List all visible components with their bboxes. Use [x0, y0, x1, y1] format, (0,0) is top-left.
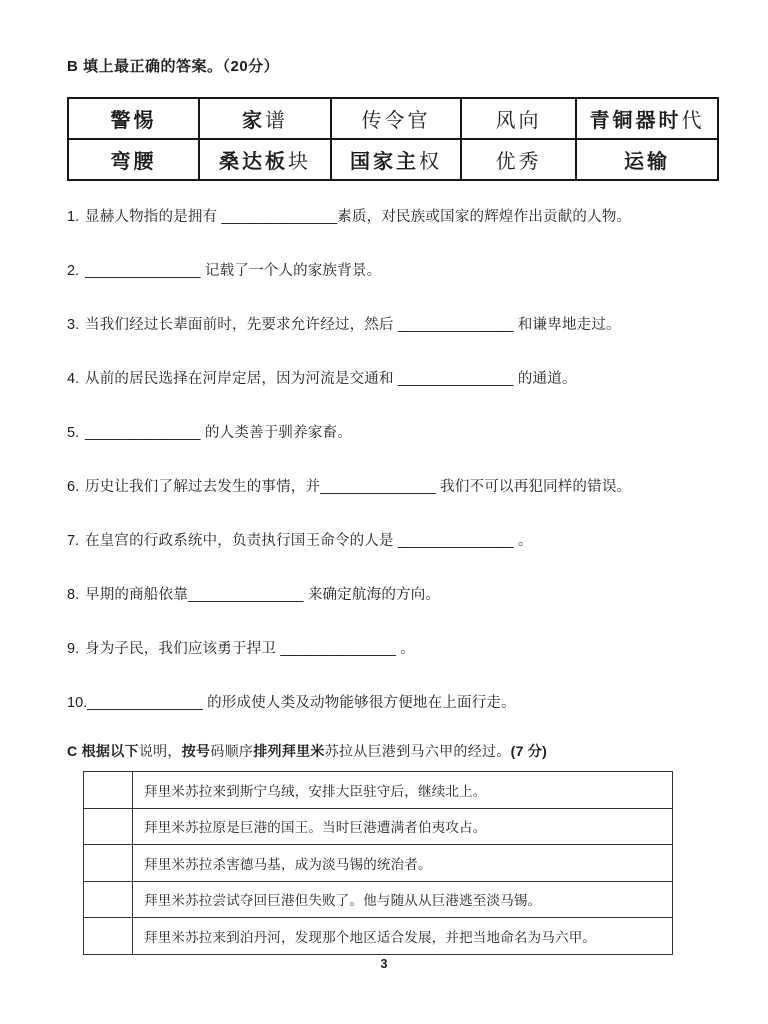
page-number: 3: [0, 957, 768, 971]
question-number: 7.: [67, 532, 85, 551]
word-bank-cell: 风向: [461, 98, 576, 139]
question-item-3: 3.当我们经过长辈面前时，先要求允许经过，然后 ______________ 和…: [67, 316, 727, 335]
word-bank-table: 警惕 家谱 传令官 风向 青铜器时代 弯腰 桑达板块 国家主权 优秀 运输: [67, 97, 719, 181]
answer-number-cell: [84, 808, 133, 845]
section-c-heading: C 根据以下说明，按号码顺序排列拜里米苏拉从巨港到马六甲的经过。(7 分): [67, 741, 547, 761]
statement-cell: 拜里米苏拉原是巨港的国王。当时巨港遭满者伯夷攻占。: [133, 808, 673, 845]
word-bank-cell: 运输: [576, 139, 718, 180]
document-page: B 填上最正确的答案。（20分） 警惕 家谱 传令官 风向 青铜器时代 弯腰 桑…: [0, 0, 768, 1024]
sequence-row: 拜里米苏拉尝试夺回巨港但失败了。他与随从从巨港逃至淡马锡。: [84, 881, 673, 918]
sequence-row: 拜里米苏拉来到斯宁乌绒，安排大臣驻守后，继续北上。: [84, 772, 673, 809]
question-text: ______________ 记载了一个人的家族背景。: [85, 263, 381, 279]
question-number: 5.: [67, 424, 85, 443]
answer-number-cell: [84, 845, 133, 882]
answer-number-cell: [84, 772, 133, 809]
statement-cell: 拜里米苏拉来到斯宁乌绒，安排大臣驻守后，继续北上。: [133, 772, 673, 809]
question-text: 历史让我们了解过去发生的事情，并______________ 我们不可以再犯同样…: [85, 479, 631, 495]
question-number: 3.: [67, 316, 85, 335]
question-text: 早期的商船依靠______________ 来确定航海的方向。: [85, 587, 440, 603]
question-number: 2.: [67, 262, 85, 281]
question-text: ______________ 的形成使人类及动物能够很方便地在上面行走。: [87, 695, 516, 711]
word-bank-cell: 桑达板块: [199, 139, 331, 180]
question-text: 显赫人物指的是拥有 ______________素质，对民族或国家的辉煌作出贡献…: [85, 209, 631, 225]
question-number: 9.: [67, 640, 85, 659]
sequence-row: 拜里米苏拉原是巨港的国王。当时巨港遭满者伯夷攻占。: [84, 808, 673, 845]
question-text: 身为子民，我们应该勇于捍卫 ______________ 。: [85, 641, 415, 657]
word-bank-cell: 国家主权: [331, 139, 461, 180]
question-item-9: 9.身为子民，我们应该勇于捍卫 ______________ 。: [67, 640, 727, 659]
word-bank-cell: 传令官: [331, 98, 461, 139]
word-bank-cell: 弯腰: [68, 139, 199, 180]
question-text: ______________ 的人类善于驯养家畜。: [85, 425, 352, 441]
word-bank-cell: 警惕: [68, 98, 199, 139]
question-item-5: 5.______________ 的人类善于驯养家畜。: [67, 424, 727, 443]
sequence-row: 拜里米苏拉杀害德马基，成为淡马锡的统治者。: [84, 845, 673, 882]
question-item-2: 2.______________ 记载了一个人的家族背景。: [67, 262, 727, 281]
question-number: 4.: [67, 370, 85, 389]
question-number: 1.: [67, 208, 85, 227]
questions-list: 1.显赫人物指的是拥有 ______________素质，对民族或国家的辉煌作出…: [67, 208, 727, 748]
answer-number-cell: [84, 881, 133, 918]
section-b-heading: B 填上最正确的答案。（20分）: [67, 55, 279, 76]
word-bank-cell: 青铜器时代: [576, 98, 718, 139]
word-bank-cell: 优秀: [461, 139, 576, 180]
question-item-4: 4.从前的居民选择在河岸定居，因为河流是交通和 ______________ 的…: [67, 370, 727, 389]
question-text: 在皇宫的行政系统中，负责执行国王命令的人是 ______________ 。: [85, 533, 533, 549]
question-number: 10.: [67, 694, 87, 713]
statement-cell: 拜里米苏拉杀害德马基，成为淡马锡的统治者。: [133, 845, 673, 882]
statement-cell: 拜里米苏拉来到泊丹河，发现那个地区适合发展，并把当地命名为马六甲。: [133, 918, 673, 955]
question-text: 当我们经过长辈面前时，先要求允许经过，然后 ______________ 和谦卑…: [85, 317, 621, 333]
question-number: 8.: [67, 586, 85, 605]
question-text: 从前的居民选择在河岸定居，因为河流是交通和 ______________ 的通道…: [85, 371, 577, 387]
word-bank-row: 警惕 家谱 传令官 风向 青铜器时代: [68, 98, 718, 139]
answer-number-cell: [84, 918, 133, 955]
word-bank-row: 弯腰 桑达板块 国家主权 优秀 运输: [68, 139, 718, 180]
question-item-8: 8.早期的商船依靠______________ 来确定航海的方向。: [67, 586, 727, 605]
word-bank-cell: 家谱: [199, 98, 331, 139]
question-item-10: 10.______________ 的形成使人类及动物能够很方便地在上面行走。: [67, 694, 727, 713]
question-item-6: 6.历史让我们了解过去发生的事情，并______________ 我们不可以再犯…: [67, 478, 727, 497]
sequence-row: 拜里米苏拉来到泊丹河，发现那个地区适合发展，并把当地命名为马六甲。: [84, 918, 673, 955]
statement-cell: 拜里米苏拉尝试夺回巨港但失败了。他与随从从巨港逃至淡马锡。: [133, 881, 673, 918]
question-item-1: 1.显赫人物指的是拥有 ______________素质，对民族或国家的辉煌作出…: [67, 208, 727, 227]
sequence-table: 拜里米苏拉来到斯宁乌绒，安排大臣驻守后，继续北上。 拜里米苏拉原是巨港的国王。当…: [83, 771, 673, 955]
question-number: 6.: [67, 478, 85, 497]
question-item-7: 7.在皇宫的行政系统中，负责执行国王命令的人是 ______________ 。: [67, 532, 727, 551]
